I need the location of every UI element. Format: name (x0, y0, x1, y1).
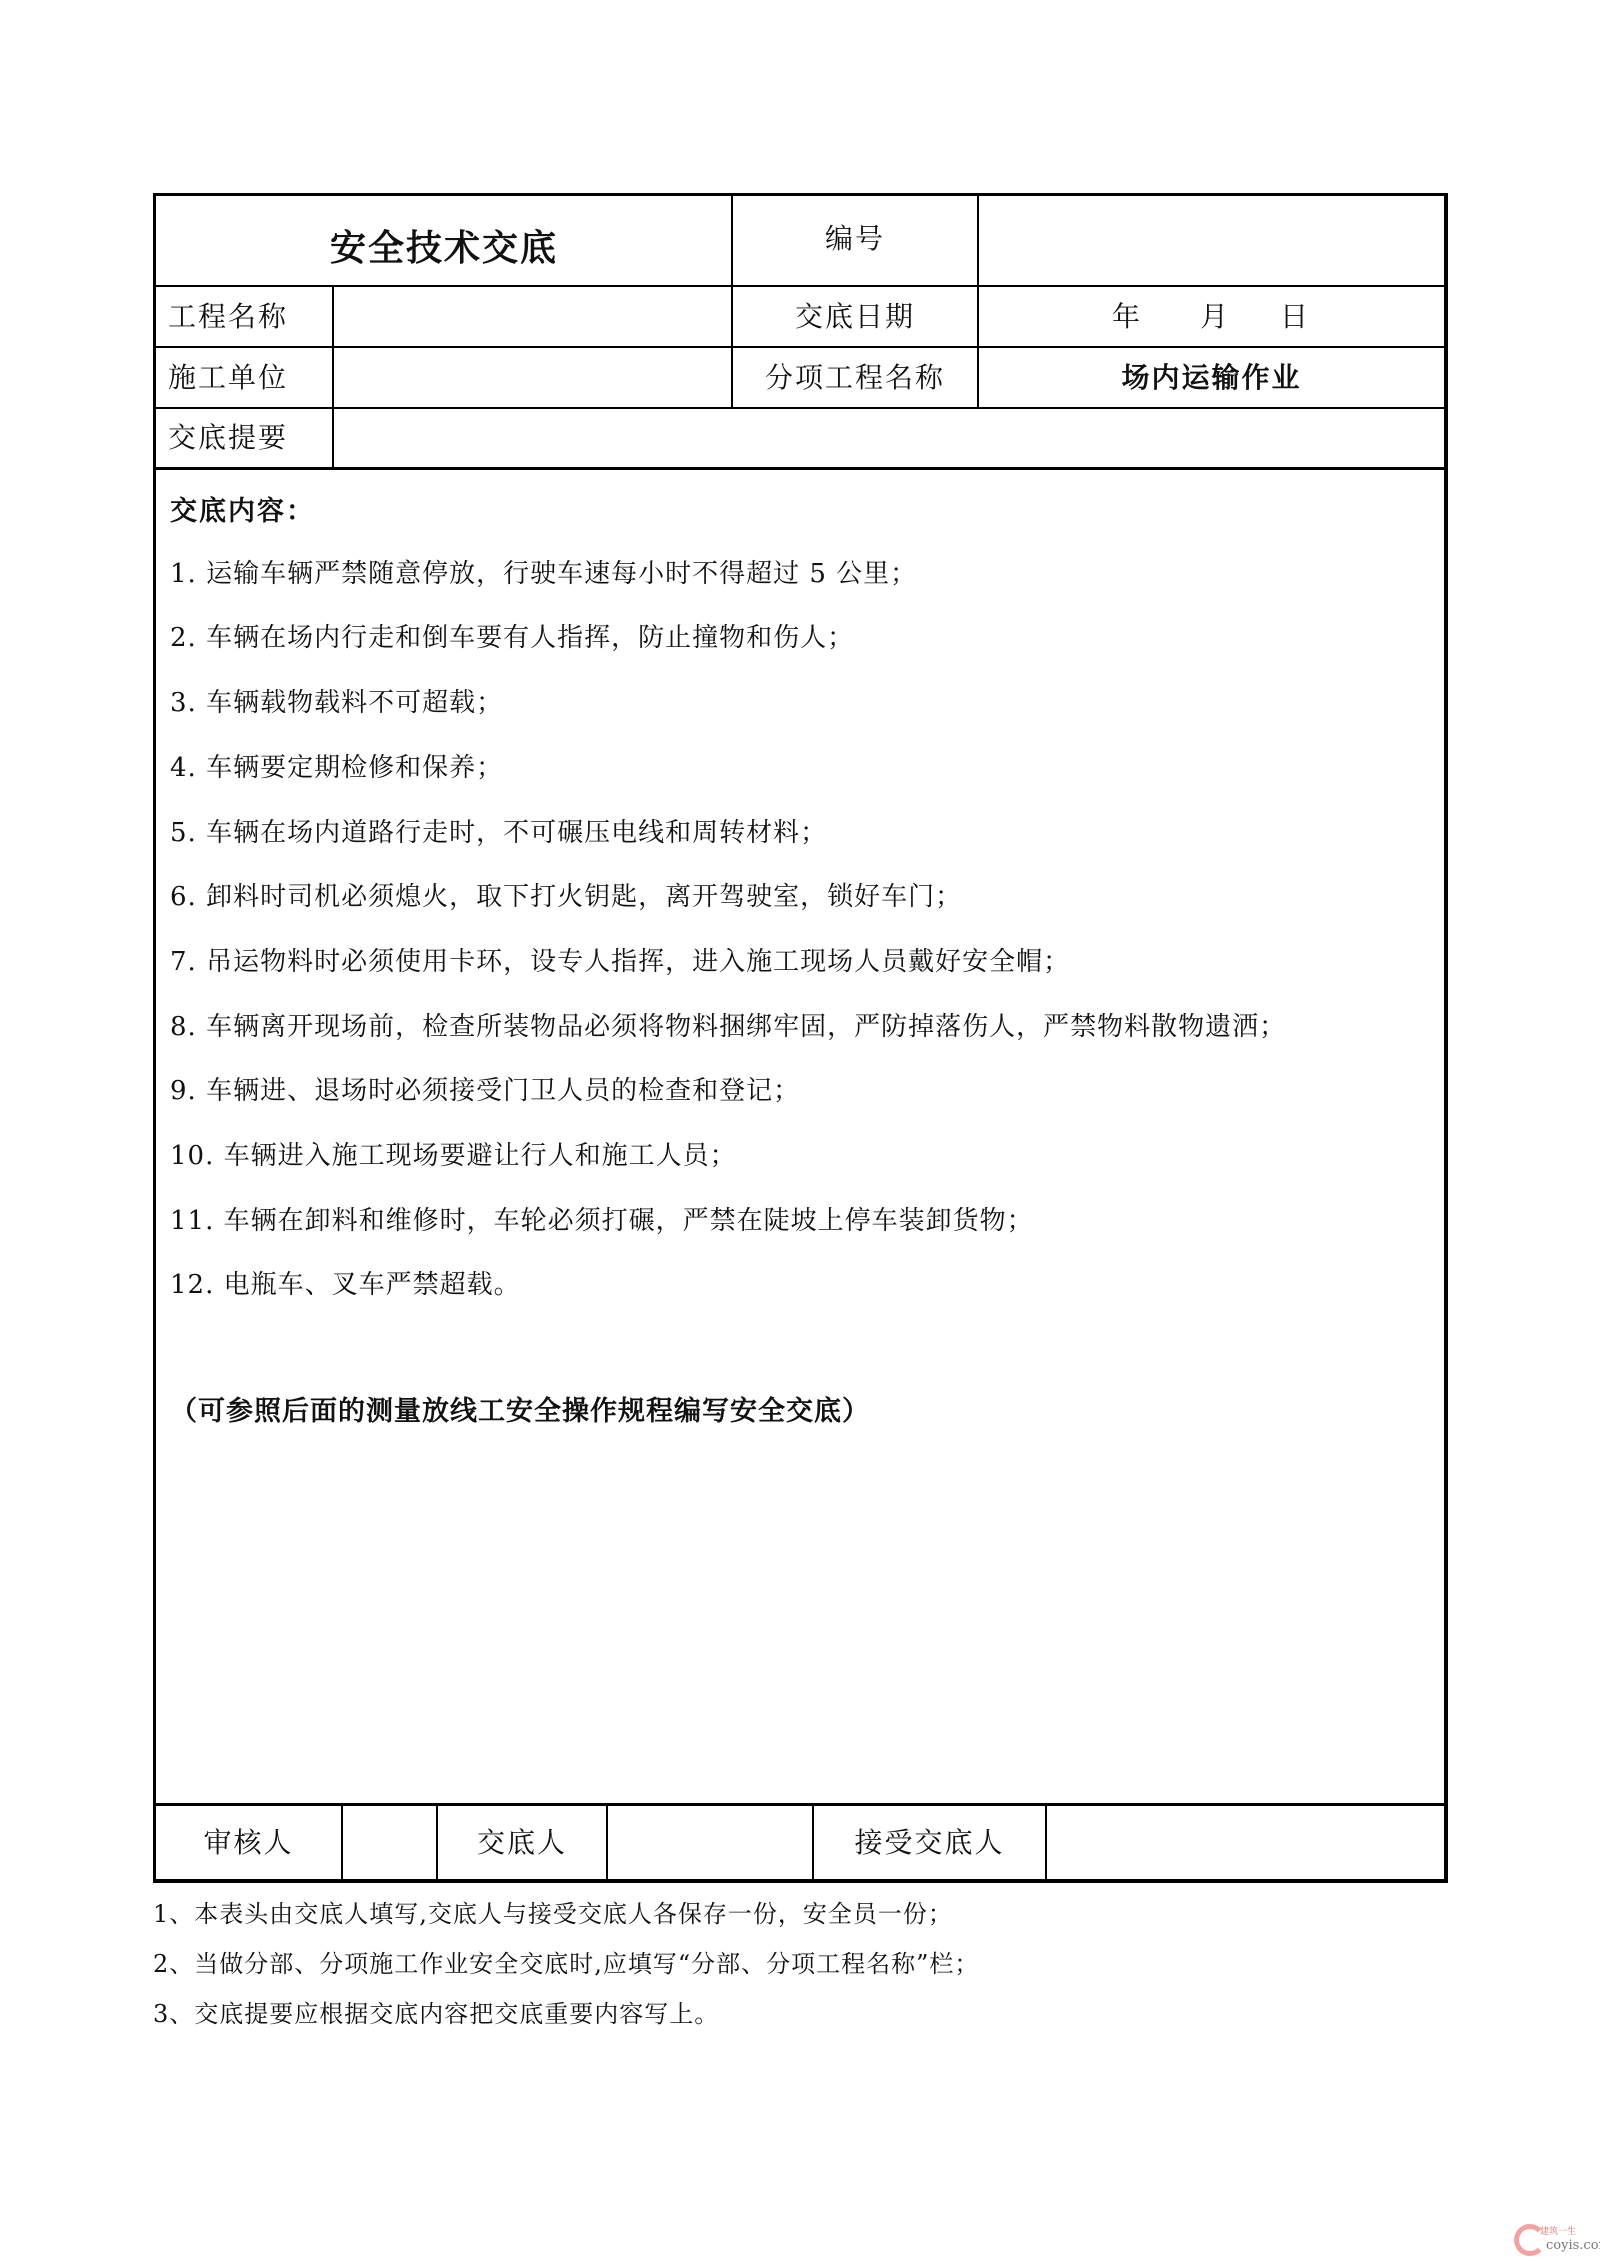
row-divider (153, 285, 1448, 287)
reviewer-label: 审核人 (156, 1826, 341, 1860)
date-day: 日 (1280, 300, 1310, 334)
receiver-label: 接受交底人 (814, 1826, 1045, 1860)
content-item: 3. 车辆载物载料不可超载； (170, 686, 503, 720)
date-month: 月 (1200, 300, 1230, 334)
footer-note: 3、交底提要应根据交底内容把交底重要内容写上。 (153, 1998, 719, 2030)
unit-label: 施工单位 (168, 361, 288, 395)
summary-field[interactable] (334, 409, 1443, 467)
date-field[interactable]: 年 月 日 (980, 288, 1443, 346)
content-item: 11. 车辆在卸料和维修时，车轮必须打碾，严禁在陡坡上停车装卸货物； (170, 1204, 1034, 1238)
content-item: 9. 车辆进、退场时必须接受门卫人员的检查和登记； (170, 1074, 800, 1108)
number-label: 编号 (733, 222, 977, 256)
footer-note: 1、本表头由交底人填写,交底人与接受交底人各保存一份，安全员一份； (153, 1898, 953, 1930)
content-item: 6. 卸料时司机必须熄火，取下打火钥匙，离开驾驶室，锁好车门； (170, 880, 962, 914)
receiver-field[interactable] (1047, 1806, 1444, 1879)
content-item: 4. 车辆要定期检修和保养； (170, 751, 503, 785)
col-divider (977, 193, 979, 408)
number-field[interactable] (980, 196, 1443, 285)
discloser-label: 交底人 (438, 1826, 606, 1860)
content-heading: 交底内容： (170, 495, 315, 529)
footer-note: 2、当做分部、分项施工作业安全交底时,应填写“分部、分项工程名称”栏； (153, 1948, 979, 1980)
date-label: 交底日期 (733, 300, 977, 334)
unit-field[interactable] (334, 348, 731, 407)
watermark-site: coyis.com (1546, 2238, 1600, 2253)
content-item: 5. 车辆在场内道路行走时，不可碾压电线和周转材料； (170, 816, 827, 850)
project-name-label: 工程名称 (168, 300, 288, 334)
date-year: 年 (1112, 300, 1142, 334)
content-item: 2. 车辆在场内行走和倒车要有人指挥，防止撞物和伤人； (170, 621, 854, 655)
watermark-cn: 建筑一生 (1540, 2224, 1576, 2237)
content-item: 10. 车辆进入施工现场要避让行人和施工人员； (170, 1139, 737, 1173)
form-title: 安全技术交底 (156, 226, 732, 270)
table-border-right (1444, 193, 1448, 1882)
reviewer-field[interactable] (343, 1806, 436, 1879)
reference-note: （可参照后面的测量放线工安全操作规程编写安全交底） (170, 1395, 870, 1429)
table-border-bottom (153, 1879, 1448, 1883)
subproject-value[interactable]: 场内运输作业 (980, 361, 1443, 395)
discloser-field[interactable] (608, 1806, 812, 1879)
content-item: 7. 吊运物料时必须使用卡环，设专人指挥，进入施工现场人员戴好安全帽； (170, 945, 1070, 979)
content-area[interactable] (156, 470, 1444, 1803)
summary-label: 交底提要 (168, 421, 288, 455)
subproject-label: 分项工程名称 (733, 361, 977, 395)
content-item: 12. 电瓶车、叉车严禁超载。 (170, 1268, 521, 1302)
watermark-logo: 建筑一生 coyis.com (1510, 2220, 1600, 2260)
content-item: 1. 运输车辆严禁随意停放，行驶车速每小时不得超过 5 公里； (170, 557, 917, 591)
content-item: 8. 车辆离开现场前，检查所装物品必须将物料捆绑牢固，严防掉落伤人，严禁物料散物… (170, 1010, 1286, 1044)
project-name-field[interactable] (334, 288, 731, 346)
